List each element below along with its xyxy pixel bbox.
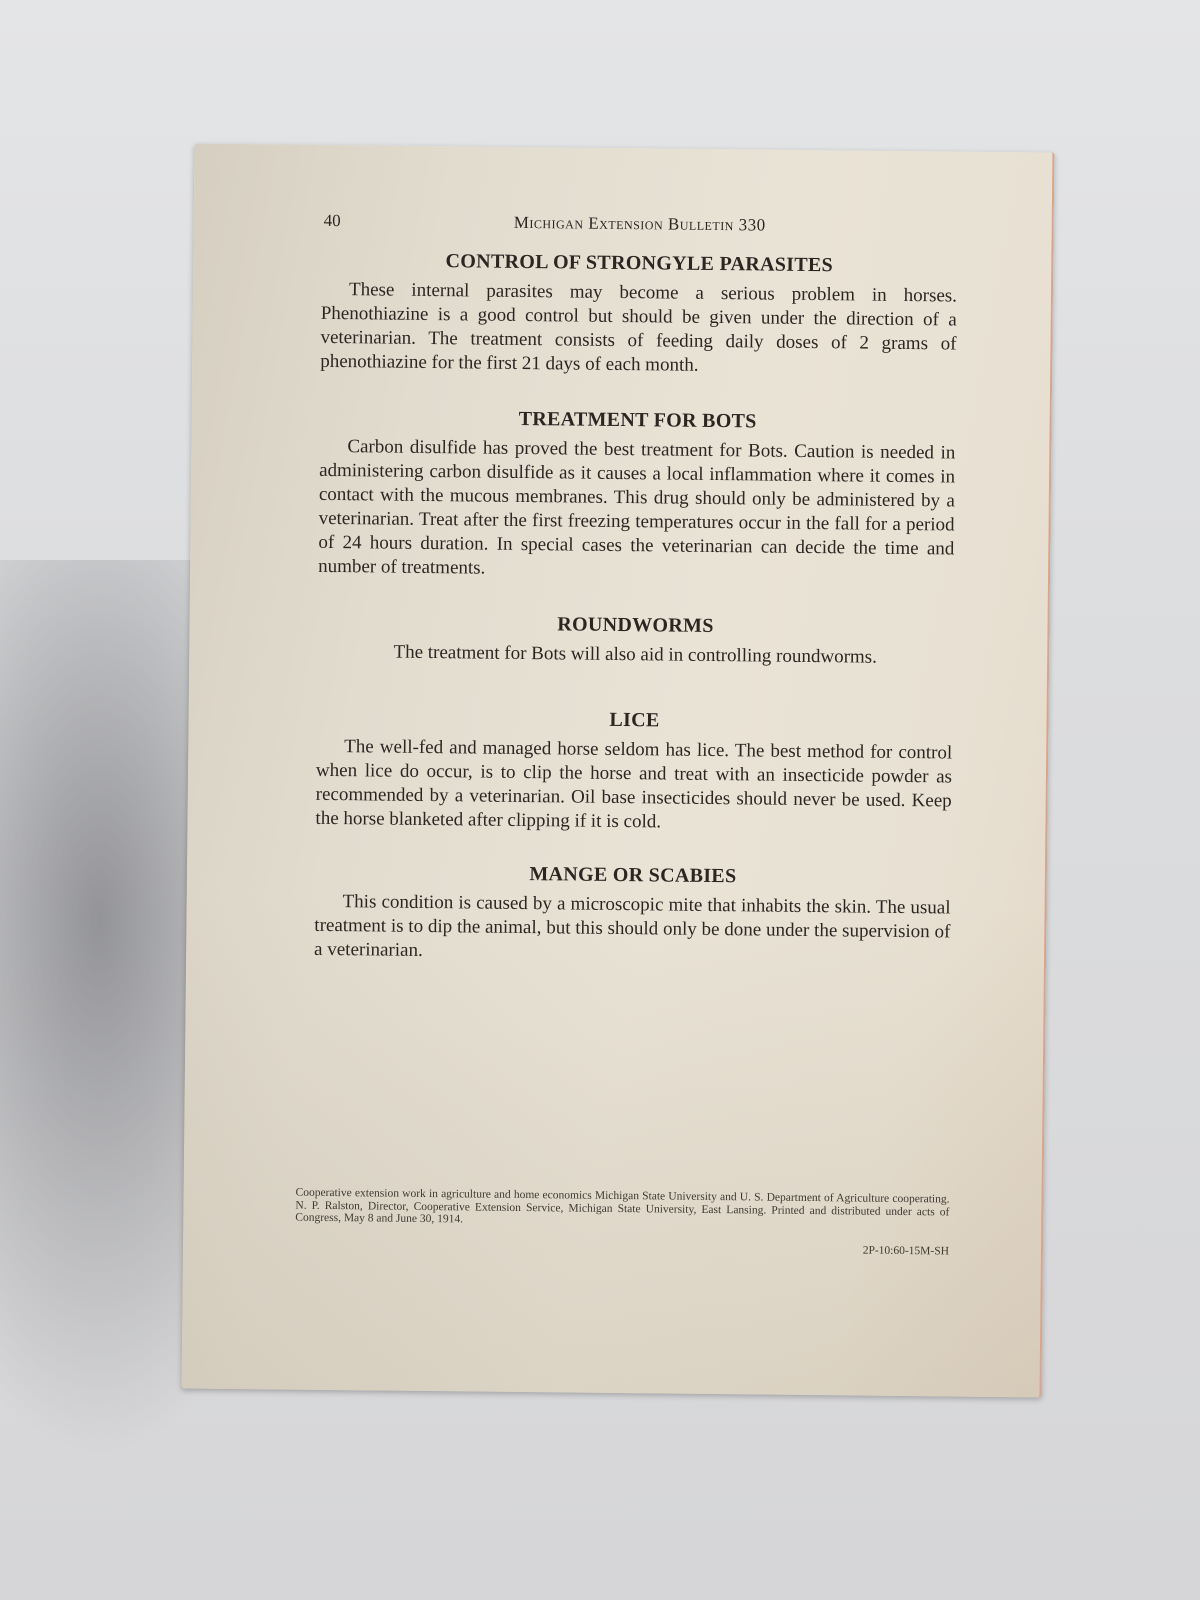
bulletin-page: 40 Michigan Extension Bulletin 330 CONTR… — [182, 144, 1055, 1398]
section-heading-roundworms: ROUNDWORMS — [317, 611, 953, 641]
section-heading-strongyle: CONTROL OF STRONGYLE PARASITES — [321, 249, 957, 279]
section-body-mange: This condition is caused by a microscopi… — [314, 890, 951, 969]
page-content: 40 Michigan Extension Bulletin 330 CONTR… — [314, 211, 958, 969]
section-body-bots: Carbon disulfide has proved the best tre… — [318, 435, 955, 586]
section-heading-bots: TREATMENT FOR BOTS — [320, 406, 956, 436]
section-body-lice: The well-fed and managed horse seldom ha… — [315, 735, 952, 838]
footer-notice: Cooperative extension work in agricultur… — [295, 1187, 949, 1231]
section-heading-lice: LICE — [316, 706, 952, 736]
bulletin-title: Michigan Extension Bulletin 330 — [322, 211, 958, 238]
print-code: 2P-10:60-15M-SH — [295, 1239, 949, 1258]
running-head: 40 Michigan Extension Bulletin 330 — [322, 211, 958, 244]
section-body-strongyle: These internal parasites may become a se… — [320, 278, 957, 381]
section-heading-mange: MANGE OR SCABIES — [315, 861, 951, 891]
